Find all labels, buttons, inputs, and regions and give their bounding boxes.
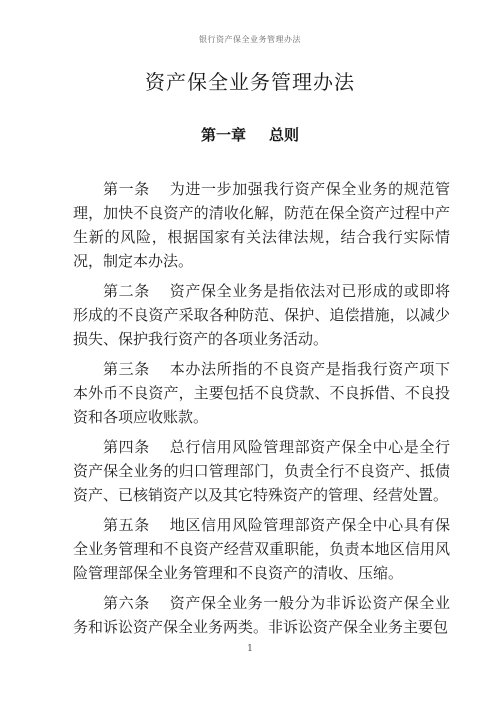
- article-number: 第一条: [103, 181, 150, 198]
- article-number: 第四条: [103, 439, 150, 456]
- document-page: 银行资产保全业务管理办法 资产保全业务管理办法 第一章总则 第一条为进一步加强我…: [0, 0, 500, 707]
- chapter-number: 第一章: [201, 127, 246, 144]
- article-paragraph: 第六条资产保全业务一般分为非诉讼资产保全业务和诉讼资产保全业务两类。非诉讼资产保…: [73, 592, 450, 640]
- page-number: 1: [0, 643, 500, 655]
- article-paragraph: 第一条为进一步加强我行资产保全业务的规范管理，加快不良资产的清收化解，防范在保全…: [73, 178, 450, 274]
- article-number: 第三条: [103, 361, 150, 378]
- document-title: 资产保全业务管理办法: [0, 68, 500, 96]
- article-paragraph: 第二条资产保全业务是指依法对已形成的或即将形成的不良资产采取各种防范、保护、追偿…: [73, 280, 450, 352]
- chapter-name: 总则: [269, 127, 299, 144]
- article-number: 第五条: [103, 517, 150, 534]
- running-header: 银行资产保全业务管理办法: [0, 0, 500, 46]
- document-body: 第一条为进一步加强我行资产保全业务的规范管理，加快不良资产的清收化解，防范在保全…: [73, 178, 450, 640]
- article-number: 第六条: [103, 595, 150, 612]
- article-paragraph: 第四条总行信用风险管理部资产保全中心是全行资产保全业务的归口管理部门，负责全行不…: [73, 436, 450, 508]
- chapter-heading: 第一章总则: [0, 128, 500, 144]
- article-number: 第二条: [103, 283, 150, 300]
- article-paragraph: 第三条本办法所指的不良资产是指我行资产项下本外币不良资产，主要包括不良贷款、不良…: [73, 358, 450, 430]
- article-paragraph: 第五条地区信用风险管理部资产保全中心具有保全业务管理和不良资产经营双重职能，负责…: [73, 514, 450, 586]
